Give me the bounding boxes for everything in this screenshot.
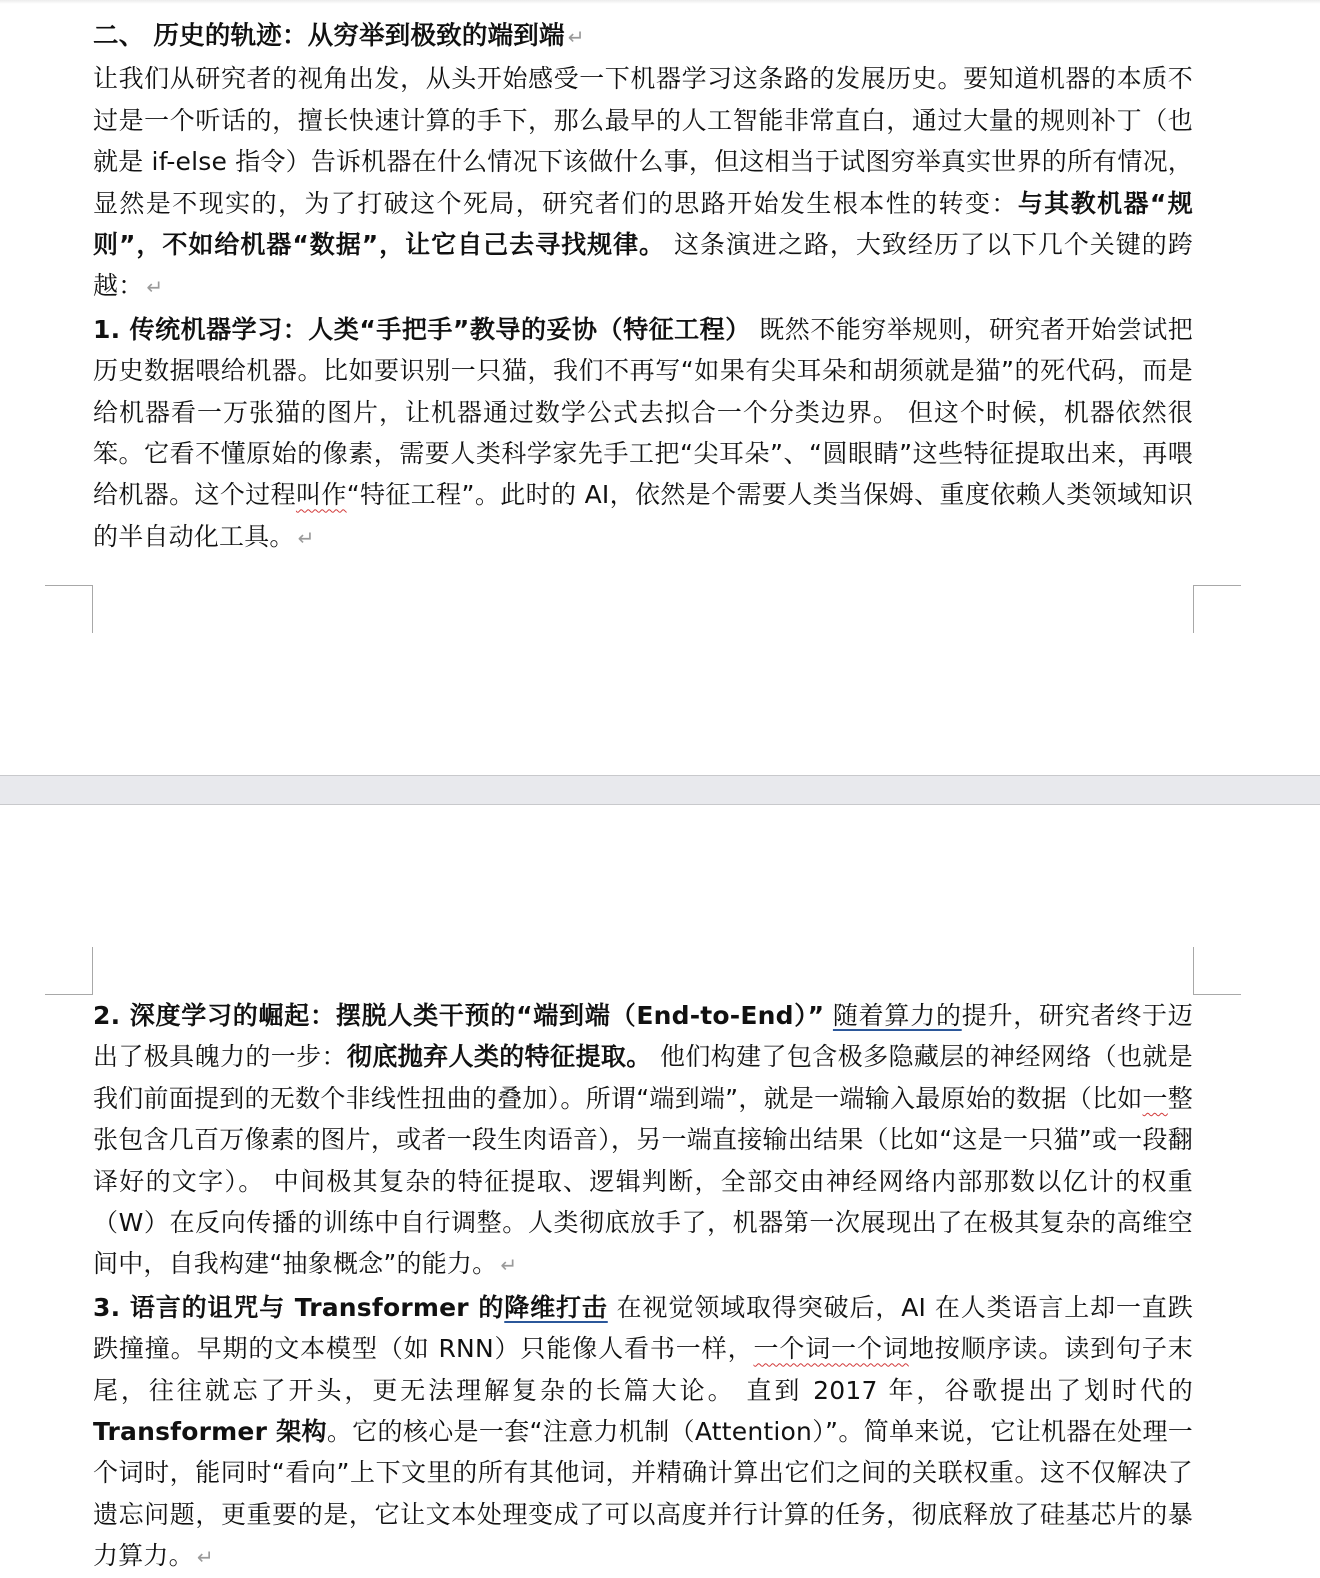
- spelling-error-word[interactable]: 叫作: [296, 480, 347, 509]
- page-separator: [0, 775, 1320, 805]
- paragraph-mark-icon: ↵: [568, 25, 585, 49]
- spelling-error-word[interactable]: 一: [1143, 1084, 1168, 1113]
- spelling-error-phrase[interactable]: 一个词一个词: [753, 1334, 908, 1363]
- page-2-body[interactable]: 2. 深度学习的崛起：摆脱人类干预的“端到端（End-to-End）” 随着算力…: [93, 995, 1193, 1578]
- page-1-body[interactable]: 二、 历史的轨迹：从穷举到极致的端到端↵ 让我们从研究者的视角出发，从头开始感受…: [93, 16, 1193, 559]
- section-heading: 二、 历史的轨迹：从穷举到极致的端到端↵: [93, 16, 1193, 58]
- item-3-title: 3. 语言的诅咒与 Transformer 的降维打击: [93, 1293, 608, 1322]
- item-2-paragraph: 2. 深度学习的崛起：摆脱人类干预的“端到端（End-to-End）” 随着算力…: [93, 995, 1193, 1287]
- intro-paragraph: 让我们从研究者的视角出发，从头开始感受一下机器学习这条路的发展历史。要知道机器的…: [93, 58, 1193, 308]
- grammar-flag-phrase[interactable]: 降维打击: [504, 1293, 608, 1322]
- item-1-title: 1. 传统机器学习：人类“手把手”教导的妥协（特征工程）: [93, 315, 751, 344]
- item-2-title: 2. 深度学习的崛起：摆脱人类干预的“端到端（End-to-End）”: [93, 1001, 824, 1030]
- crop-mark-top-left: [45, 947, 93, 995]
- crop-mark-bottom-left: [45, 585, 93, 633]
- crop-mark-top-right: [1193, 947, 1241, 995]
- paragraph-mark-icon: ↵: [146, 275, 163, 299]
- crop-mark-bottom-right: [1193, 585, 1241, 633]
- item-2-bold-statement: 彻底抛弃人类的特征提取。: [347, 1042, 652, 1071]
- ruler-shadow: [0, 0, 1320, 4]
- paragraph-mark-icon: ↵: [298, 526, 315, 550]
- item-1-paragraph: 1. 传统机器学习：人类“手把手”教导的妥协（特征工程） 既然不能穷举规则，研究…: [93, 309, 1193, 559]
- transformer-bold: Transformer 架构: [93, 1417, 327, 1446]
- item-3-paragraph: 3. 语言的诅咒与 Transformer 的降维打击 在视觉领域取得突破后，A…: [93, 1287, 1193, 1578]
- paragraph-mark-icon: ↵: [197, 1545, 214, 1569]
- grammar-flag-phrase[interactable]: 随着算力的: [833, 1001, 962, 1030]
- document-page-1: 二、 历史的轨迹：从穷举到极致的端到端↵ 让我们从研究者的视角出发，从头开始感受…: [0, 0, 1320, 775]
- document-page-2: 2. 深度学习的崛起：摆脱人类干预的“端到端（End-to-End）” 随着算力…: [0, 805, 1320, 1578]
- paragraph-mark-icon: ↵: [500, 1253, 517, 1277]
